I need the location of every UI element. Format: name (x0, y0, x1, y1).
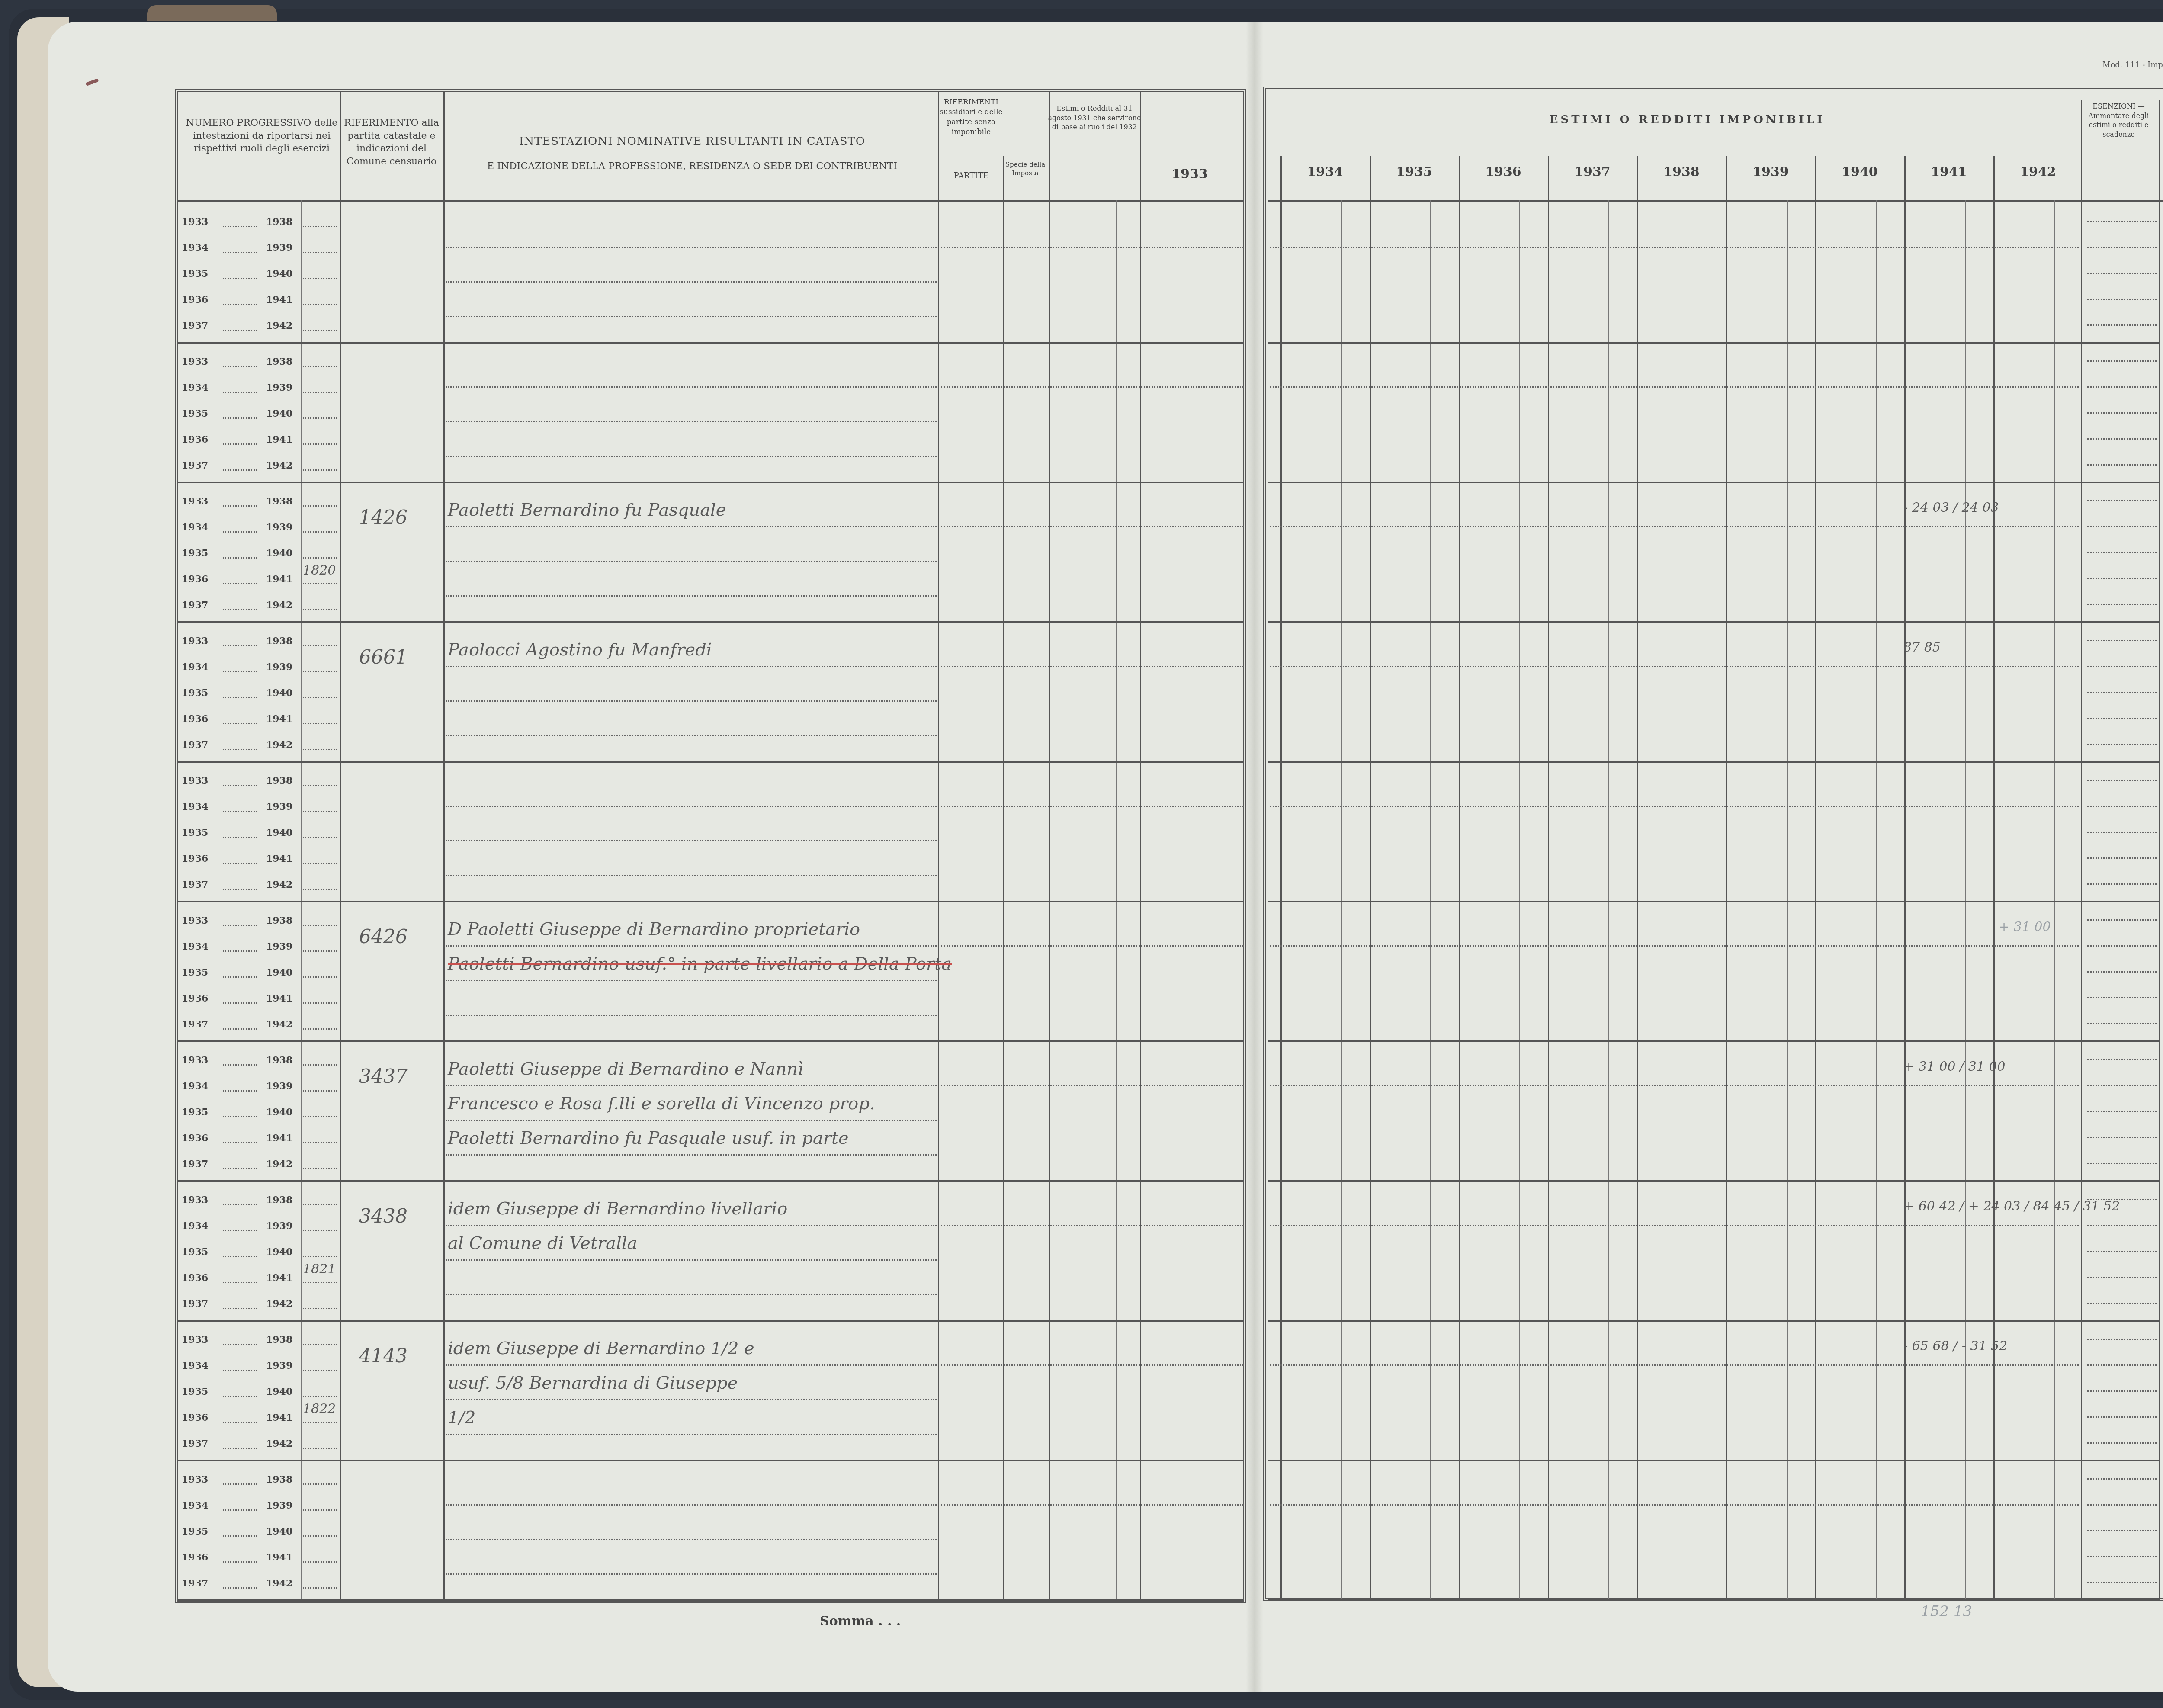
dotted-line (446, 421, 937, 422)
year-label-left: 1937 (182, 460, 208, 471)
year-col-divider (1904, 156, 1906, 1601)
row-rule (1268, 342, 2159, 344)
year-label-left: 1933 (182, 915, 208, 926)
col-divider (1003, 156, 1004, 1601)
intestazione-line: al Comune di Vetralla (448, 1233, 637, 1253)
year-col-divider (1815, 156, 1816, 1601)
dotted-line (2087, 1023, 2157, 1024)
dotted-line (303, 811, 337, 812)
year-label-left: 1934 (182, 242, 208, 254)
dotted-line (2087, 299, 2157, 300)
year-label-right: 1938 (266, 1474, 292, 1485)
year-label-right: 1941 (266, 434, 292, 445)
dotted-line (303, 1064, 337, 1066)
year-label-right: 1938 (266, 636, 292, 647)
year-col-divider (1370, 156, 1371, 1601)
header-rule (177, 200, 1244, 202)
cents-divider (1965, 200, 1966, 1601)
dotted-line (2087, 883, 2157, 885)
dotted-line (223, 1308, 257, 1309)
dotted-line (303, 1422, 337, 1423)
row-rule (177, 1599, 1244, 1601)
year-label-right: 1939 (266, 1500, 292, 1511)
dotted-line (223, 392, 257, 393)
dotted-line (223, 1587, 257, 1589)
row-rule (177, 1320, 1244, 1322)
dotted-line (2087, 857, 2157, 859)
year-label-left: 1934 (182, 1360, 208, 1371)
dotted-line (303, 226, 337, 227)
col-divider (1140, 91, 1141, 1601)
dotted-line (2087, 1556, 2157, 1557)
dotted-line (2087, 464, 2157, 466)
row-rule (1268, 621, 2159, 623)
dotted-line (303, 304, 337, 305)
dotted-line (2087, 1530, 2157, 1531)
dotted-line (303, 417, 337, 419)
year-label-right: 1938 (266, 775, 292, 787)
dotted-line (941, 1085, 1244, 1086)
dotted-line (223, 1509, 257, 1511)
dotted-line (223, 609, 257, 610)
year-label-left: 1933 (182, 356, 208, 367)
dotted-line (223, 1168, 257, 1169)
dotted-line (223, 1483, 257, 1485)
dotted-line (223, 1256, 257, 1257)
row-rule (177, 901, 1244, 902)
year-label-right: 1938 (266, 356, 292, 367)
dotted-line (303, 531, 337, 533)
cents-divider (2054, 200, 2055, 1601)
year-label-right: 1942 (266, 1438, 292, 1449)
dotted-line (941, 386, 1244, 388)
row-rule (1268, 901, 2159, 902)
dotted-line (303, 723, 337, 724)
intestazione-line: idem Giuseppe di Bernardino livellario (448, 1199, 787, 1219)
dotted-line (446, 1364, 937, 1366)
dotted-line (303, 889, 337, 890)
year-label-left: 1935 (182, 548, 208, 559)
partita-number: 3438 (359, 1205, 408, 1227)
dotted-line (446, 840, 937, 841)
dotted-line (2087, 945, 2157, 947)
dotted-line (446, 1085, 937, 1086)
dotted-line (2087, 1059, 2157, 1060)
dotted-line (2087, 1085, 2157, 1086)
year-label-left: 1937 (182, 1159, 208, 1170)
dotted-line (941, 526, 1244, 527)
col-divider (2081, 100, 2082, 1601)
year-label-right: 1938 (266, 1334, 292, 1345)
year-header-1935: 1935 (1370, 164, 1459, 180)
year-label-right: 1941 (266, 1133, 292, 1144)
year-col-divider (1637, 156, 1638, 1601)
dotted-line (2087, 360, 2157, 362)
dotted-line (303, 1535, 337, 1537)
col-divider (1049, 91, 1050, 1601)
dotted-line (446, 595, 937, 597)
dotted-line (303, 1028, 337, 1030)
year-label-right: 1940 (266, 1246, 292, 1258)
year-label-left: 1933 (182, 636, 208, 647)
col-divider (340, 91, 341, 1601)
row-rule (1268, 1599, 2159, 1601)
dotted-line (303, 252, 337, 253)
year-label-left: 1934 (182, 522, 208, 533)
header-col3-title: INTESTAZIONI NOMINATIVE RISULTANTI IN CA… (446, 134, 939, 149)
year-label-left: 1936 (182, 574, 208, 585)
dotted-line (223, 583, 257, 584)
dotted-line (1270, 247, 2079, 248)
dotted-line (303, 1230, 337, 1231)
dotted-line (2087, 1416, 2157, 1418)
dotted-line (941, 1225, 1244, 1226)
year-col-divider (1548, 156, 1549, 1601)
dotted-line (303, 1256, 337, 1257)
year-label-right: 1940 (266, 687, 292, 699)
dotted-line (303, 671, 337, 672)
right-ledger-table (1263, 87, 2163, 1601)
dotted-line (2087, 806, 2157, 807)
col-divider (938, 91, 939, 1601)
dotted-line (223, 671, 257, 672)
dotted-line (2087, 604, 2157, 605)
dotted-line (223, 557, 257, 559)
dotted-line (223, 1090, 257, 1092)
dotted-line (223, 366, 257, 367)
dotted-line (303, 583, 337, 584)
dotted-line (2087, 919, 2157, 921)
dotted-line (2087, 780, 2157, 781)
margin-number: 1820 (303, 563, 336, 578)
intestazione-line: Paolocci Agostino fu Manfredi (448, 640, 712, 660)
dotted-line (2087, 832, 2157, 833)
esenzioni-header: ESENZIONI — Ammontare degli estimi o red… (2083, 102, 2154, 139)
dotted-line (303, 1142, 337, 1143)
dotted-line (303, 976, 337, 978)
dotted-line (303, 1308, 337, 1309)
dotted-line (223, 785, 257, 786)
dotted-line (2087, 578, 2157, 579)
year-label-right: 1939 (266, 1081, 292, 1092)
year-label-right: 1939 (266, 941, 292, 952)
dotted-line (223, 278, 257, 279)
year-label-right: 1940 (266, 827, 292, 838)
year-label-left: 1935 (182, 1386, 208, 1397)
form-id: Mod. 111 - Imposte Dirette (Intercalare)… (2102, 61, 2163, 70)
header-col2: RIFERIMENTO alla partita catastale e ind… (342, 117, 441, 168)
dotted-line (2087, 438, 2157, 440)
dotted-line (941, 247, 1244, 248)
dotted-line (303, 1168, 337, 1169)
dotted-line (446, 1573, 937, 1575)
row-rule (177, 761, 1244, 763)
dotted-line (303, 505, 337, 507)
dotted-line (446, 281, 937, 283)
dotted-line (303, 1344, 337, 1345)
header-col4-group: RIFERIMENTI sussidiari e delle partite s… (939, 97, 1004, 137)
row-rule (1268, 761, 2159, 763)
intestazione-line: Francesco e Rosa f.lli e sorella di Vinc… (448, 1094, 875, 1114)
dotted-line (223, 226, 257, 227)
intestazione-line: idem Giuseppe di Bernardino 1/2 e (448, 1339, 754, 1358)
year-label-left: 1934 (182, 941, 208, 952)
dotted-line (223, 1422, 257, 1423)
intestazione-line: usuf. 5/8 Bernardina di Giuseppe (448, 1373, 738, 1393)
year-label-right: 1940 (266, 268, 292, 279)
dotted-line (446, 1154, 937, 1156)
year-label-left: 1936 (182, 1412, 208, 1423)
dotted-line (2087, 1225, 2157, 1226)
header-col7: 1933 (1142, 167, 1237, 182)
dotted-line (2087, 997, 2157, 998)
year-header-1934: 1934 (1280, 164, 1370, 180)
col-divider (221, 200, 221, 1601)
cents-divider (1787, 200, 1788, 1601)
year-label-left: 1933 (182, 216, 208, 228)
dotted-line (2087, 1277, 2157, 1278)
dotted-line (303, 1448, 337, 1449)
year-label-left: 1937 (182, 1578, 208, 1589)
year-label-left: 1937 (182, 1438, 208, 1449)
row-rule (177, 1040, 1244, 1042)
year-label-left: 1936 (182, 1272, 208, 1284)
dotted-line (303, 330, 337, 331)
dotted-line (446, 1120, 937, 1121)
dotted-line (303, 950, 337, 952)
dotted-line (303, 697, 337, 698)
dotted-line (223, 697, 257, 698)
row-rule (1268, 1040, 2159, 1042)
col-divider (443, 91, 445, 1601)
dotted-line (1270, 945, 2079, 947)
dotted-line (446, 700, 937, 702)
year-label-left: 1935 (182, 1107, 208, 1118)
year-header-1938: 1938 (1637, 164, 1726, 180)
dotted-line (2087, 1582, 2157, 1583)
header-col1: NUMERO PROGRESSIVO delle intestazioni da… (182, 117, 342, 155)
year-label-left: 1937 (182, 739, 208, 751)
dotted-line (223, 723, 257, 724)
year-label-right: 1942 (266, 320, 292, 331)
dotted-line (2087, 718, 2157, 719)
year-header-1937: 1937 (1548, 164, 1637, 180)
year-header-1939: 1939 (1726, 164, 1815, 180)
year-label-right: 1940 (266, 967, 292, 978)
year-label-left: 1935 (182, 687, 208, 699)
year-label-left: 1933 (182, 496, 208, 507)
dotted-line (223, 417, 257, 419)
dotted-line (941, 945, 1244, 947)
dotted-line (223, 1535, 257, 1537)
dotted-line (2087, 1137, 2157, 1138)
year-label-left: 1934 (182, 1220, 208, 1232)
dotted-line (223, 443, 257, 445)
dotted-line (2087, 1504, 2157, 1506)
cents-divider (1519, 200, 1520, 1601)
dotted-line (446, 316, 937, 317)
year-label-left: 1933 (182, 1334, 208, 1345)
year-label-right: 1939 (266, 801, 292, 812)
dotted-line (223, 749, 257, 750)
dotted-line (446, 806, 937, 807)
year-label-right: 1940 (266, 1386, 292, 1397)
year-label-right: 1938 (266, 216, 292, 228)
dotted-line (223, 252, 257, 253)
intestazione-line: D Paoletti Giuseppe di Bernardino propri… (448, 919, 860, 939)
dotted-line (223, 531, 257, 533)
dotted-line (303, 1116, 337, 1117)
dotted-line (446, 735, 937, 736)
row-rule (1268, 1180, 2159, 1182)
year-col-divider (1726, 156, 1727, 1601)
dotted-line (2087, 324, 2157, 326)
header-col5: Specie della Imposta (1004, 160, 1047, 178)
year-label-left: 1936 (182, 853, 208, 864)
row-rule (1268, 482, 2159, 483)
year-label-left: 1937 (182, 1298, 208, 1310)
year-label-left: 1935 (182, 967, 208, 978)
dotted-line (303, 1370, 337, 1371)
year-col-divider (1459, 156, 1460, 1601)
year-label-right: 1938 (266, 915, 292, 926)
year-label-right: 1940 (266, 408, 292, 419)
header-rule (1268, 200, 2163, 202)
dotted-line (2087, 666, 2157, 667)
dotted-line (2087, 1303, 2157, 1304)
dotted-line (303, 609, 337, 610)
dotted-line (1270, 666, 2079, 667)
partita-number: 3437 (359, 1066, 408, 1088)
value-1941: - 65 68 / - 31 52 (1903, 1339, 2007, 1354)
dotted-line (223, 925, 257, 926)
dotted-line (223, 1116, 257, 1117)
dotted-line (941, 666, 1244, 667)
dotted-line (2087, 552, 2157, 553)
year-header-1941: 1941 (1904, 164, 1993, 180)
header-col6: Estimi o Redditi al 31 agosto 1931 che s… (1047, 104, 1142, 132)
dotted-line (446, 1015, 937, 1016)
year-header-1942: 1942 (1993, 164, 2083, 180)
dotted-line (223, 1448, 257, 1449)
header-col3-sub: E INDICAZIONE DELLA PROFESSIONE, RESIDEN… (446, 160, 939, 173)
value-1941: + 60 42 / + 24 03 / 84 45 / 31 52 (1903, 1199, 2120, 1214)
value-1941: - 24 03 / 24 03 (1903, 500, 1999, 515)
year-label-left: 1934 (182, 801, 208, 812)
year-label-left: 1934 (182, 1500, 208, 1511)
dotted-line (446, 1399, 937, 1400)
dotted-line (303, 366, 337, 367)
dotted-line (2087, 1390, 2157, 1392)
dotted-line (303, 1587, 337, 1589)
dotted-line (2087, 273, 2157, 274)
bookmark-ribbon (147, 5, 277, 21)
year-label-left: 1933 (182, 1474, 208, 1485)
dotted-line (223, 1064, 257, 1066)
dotted-line (446, 386, 937, 388)
somma-1941-value: 152 13 (1921, 1603, 1972, 1620)
year-label-right: 1942 (266, 879, 292, 890)
dotted-line (2087, 1251, 2157, 1252)
year-label-right: 1939 (266, 1220, 292, 1232)
year-header-1940: 1940 (1815, 164, 1904, 180)
year-label-left: 1933 (182, 1194, 208, 1206)
dotted-line (303, 1282, 337, 1283)
year-label-right: 1939 (266, 242, 292, 254)
dotted-line (941, 1364, 1244, 1366)
year-label-right: 1942 (266, 460, 292, 471)
value-1941: 87 85 (1903, 640, 1941, 655)
dotted-line (223, 976, 257, 978)
year-label-left: 1935 (182, 827, 208, 838)
dotted-line (223, 1396, 257, 1397)
dotted-line (446, 945, 937, 947)
dotted-line (303, 1204, 337, 1205)
header-col4: PARTITE (939, 171, 1004, 181)
year-label-right: 1941 (266, 993, 292, 1004)
dotted-line (223, 469, 257, 471)
col-divider (301, 200, 302, 1601)
dotted-line (2087, 1339, 2157, 1340)
dotted-line (223, 1230, 257, 1231)
dotted-line (303, 392, 337, 393)
year-label-left: 1935 (182, 1526, 208, 1537)
dotted-line (446, 875, 937, 876)
year-label-right: 1939 (266, 522, 292, 533)
dotted-line (303, 1483, 337, 1485)
year-label-right: 1938 (266, 1194, 292, 1206)
year-label-left: 1936 (182, 1552, 208, 1563)
dotted-line (223, 811, 257, 812)
year-label-left: 1936 (182, 993, 208, 1004)
year-col-divider (1993, 156, 1995, 1601)
dotted-line (2087, 1111, 2157, 1112)
year-label-right: 1941 (266, 574, 292, 585)
margin-number: 1821 (303, 1262, 336, 1277)
year-label-right: 1941 (266, 1272, 292, 1284)
dotted-line (223, 863, 257, 864)
year-label-left: 1935 (182, 408, 208, 419)
dotted-line (223, 950, 257, 952)
dotted-line (223, 1028, 257, 1030)
dotted-line (223, 330, 257, 331)
year-label-left: 1934 (182, 1081, 208, 1092)
row-rule (1268, 1320, 2159, 1322)
year-label-left: 1936 (182, 713, 208, 725)
value-1942: + 31 00 (1999, 919, 2051, 934)
intestazione-line: Paoletti Bernardino fu Pasquale usuf. in… (448, 1128, 849, 1148)
year-label-right: 1942 (266, 600, 292, 611)
year-label-right: 1940 (266, 1107, 292, 1118)
dotted-line (223, 1142, 257, 1143)
dotted-line (941, 806, 1244, 807)
year-label-right: 1938 (266, 1055, 292, 1066)
year-label-left: 1937 (182, 1019, 208, 1030)
row-rule (177, 1460, 1244, 1461)
year-label-left: 1933 (182, 775, 208, 787)
dotted-line (2087, 500, 2157, 501)
dotted-line (2087, 1478, 2157, 1480)
intestazione-line: Paoletti Bernardino usuf.° in parte live… (448, 954, 952, 974)
dotted-line (223, 1002, 257, 1004)
cents-divider (1698, 200, 1698, 1601)
partita-number: 6661 (359, 646, 408, 668)
year-label-right: 1939 (266, 1360, 292, 1371)
year-label-left: 1935 (182, 268, 208, 279)
dotted-line (2087, 221, 2157, 222)
dotted-line (223, 1561, 257, 1563)
dotted-line (1270, 386, 2079, 388)
